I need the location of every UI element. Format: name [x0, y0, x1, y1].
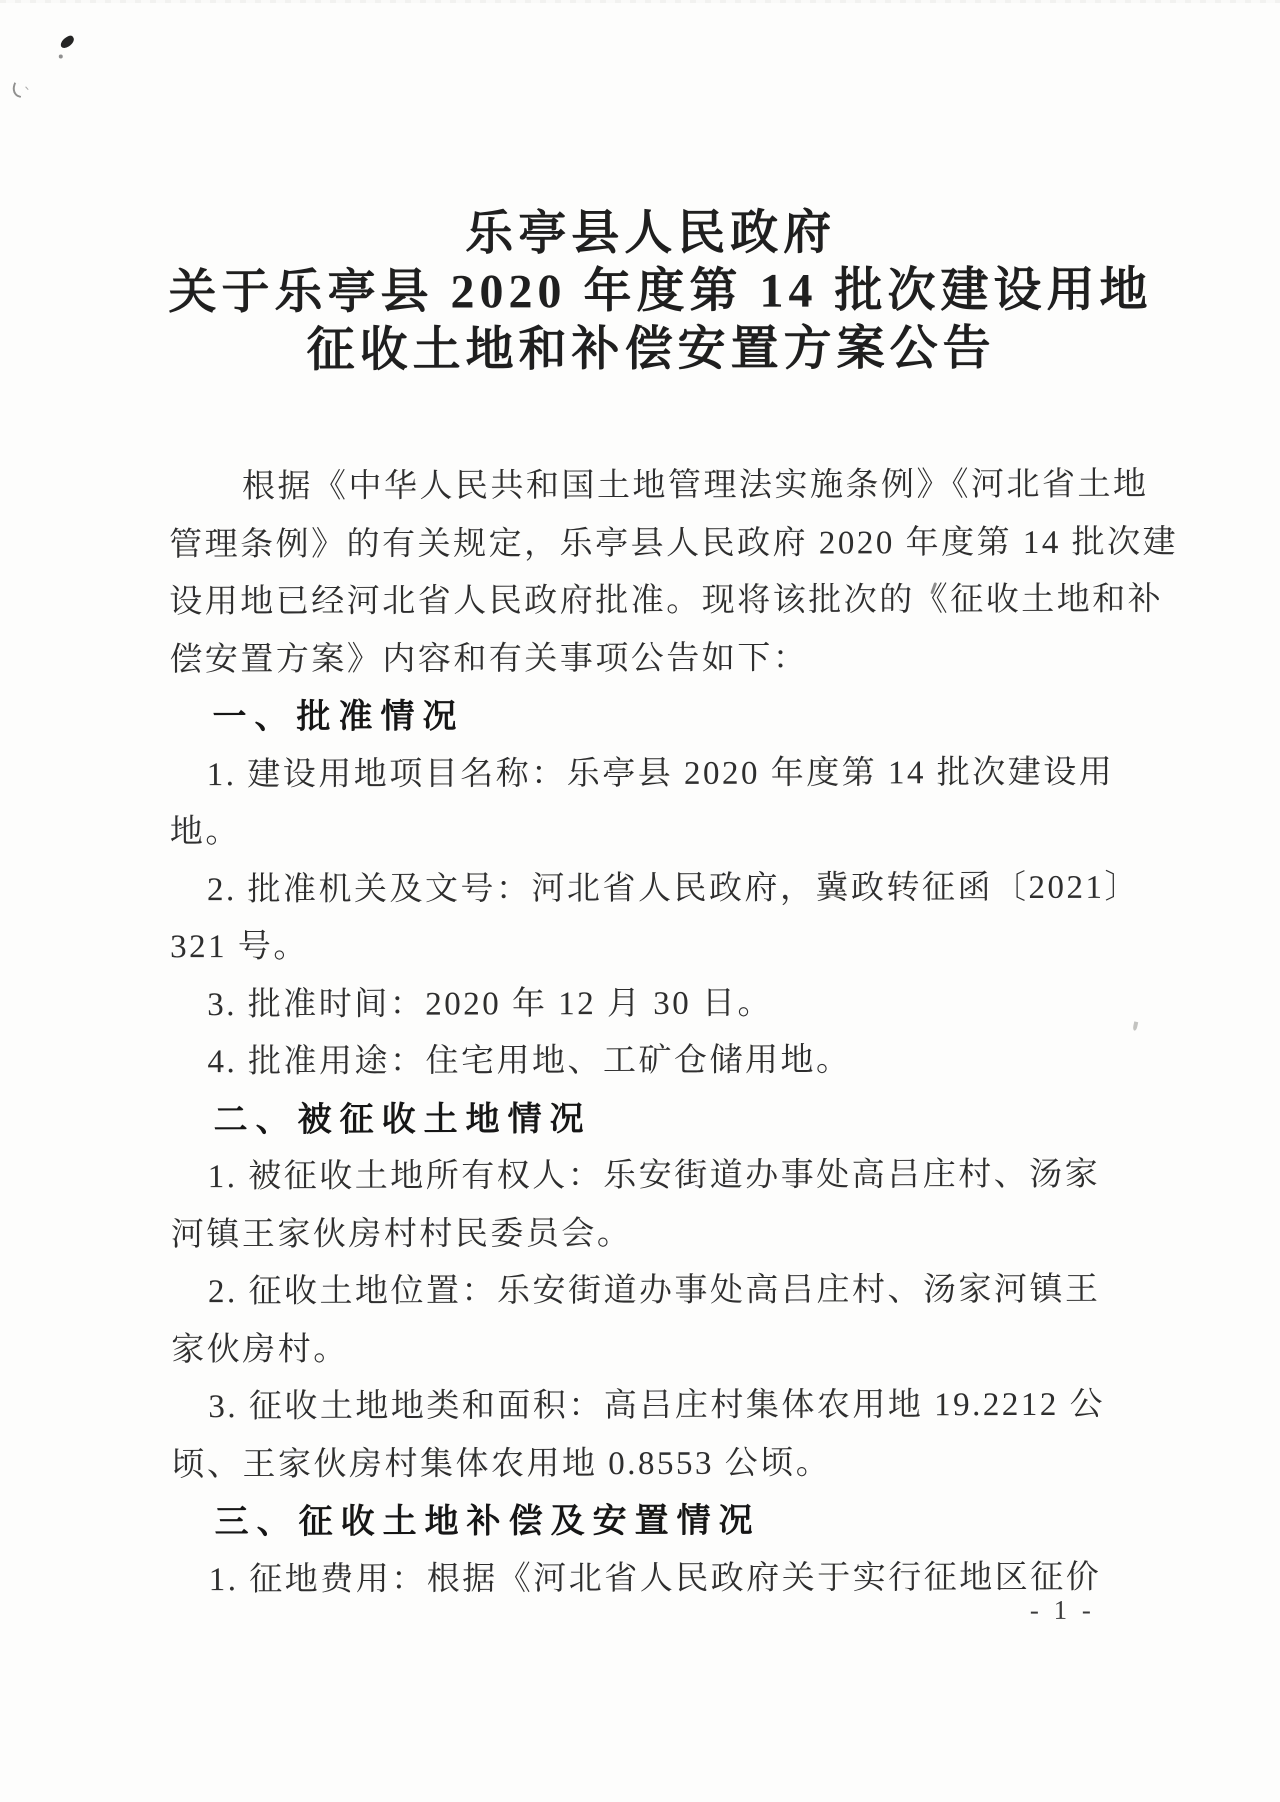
text-line: 偿安置方案》内容和有关事项公告如下：	[169, 629, 1149, 689]
section-heading-line: 一、批准情况	[169, 687, 1149, 747]
text-line: 地。	[170, 802, 1150, 862]
text-line: 321 号。	[170, 917, 1150, 977]
text-line: 根据《中华人民共和国土地管理法实施条例》《河北省土地	[169, 457, 1149, 517]
document-title: 乐亭县人民政府 关于乐亭县 2020 年度第 14 批次建设用地 征收土地和补偿…	[168, 204, 1133, 381]
section-heading-line: 二、被征收土地情况	[170, 1089, 1150, 1149]
page-number: - 1 -	[1030, 1595, 1095, 1626]
text-line: 河镇王家伙房村村民委员会。	[171, 1204, 1151, 1264]
text-line: 设用地已经河北省人民政府批准。现将该批次的《征收土地和补	[169, 572, 1149, 632]
text-line: 管理条例》的有关规定，乐亭县人民政府 2020 年度第 14 批次建	[169, 514, 1149, 574]
title-line-3: 征收土地和补偿安置方案公告	[168, 320, 1133, 381]
page-content: 乐亭县人民政府 关于乐亭县 2020 年度第 14 批次建设用地 征收土地和补偿…	[0, 0, 1280, 1802]
title-line-2: 关于乐亭县 2020 年度第 14 批次建设用地	[168, 262, 1133, 323]
text-line: 家伙房村。	[171, 1319, 1151, 1379]
text-line: 3. 批准时间：2020 年 12 月 30 日。	[170, 974, 1150, 1034]
text-line: 1. 建设用地项目名称：乐亭县 2020 年度第 14 批次建设用	[170, 744, 1150, 804]
document-body: 根据《中华人民共和国土地管理法实施条例》《河北省土地管理条例》的有关规定，乐亭县…	[169, 457, 1152, 1610]
title-line-1: 乐亭县人民政府	[168, 204, 1133, 265]
section-heading-line: 三、征收土地补偿及安置情况	[172, 1492, 1152, 1552]
scanned-document-page: 乐亭县人民政府 关于乐亭县 2020 年度第 14 批次建设用地 征收土地和补偿…	[0, 0, 1280, 1802]
text-line: 4. 批准用途：住宅用地、工矿仓储用地。	[170, 1032, 1150, 1092]
text-line: 2. 批准机关及文号：河北省人民政府，冀政转征函〔2021〕	[170, 859, 1150, 919]
text-line: 2. 征收土地位置：乐安街道办事处高吕庄村、汤家河镇王	[171, 1262, 1151, 1322]
text-line: 3. 征收土地地类和面积：高吕庄村集体农用地 19.2212 公	[171, 1377, 1151, 1437]
scan-speck	[59, 55, 63, 59]
scan-speck	[10, 82, 24, 98]
text-line: 顷、王家伙房村集体农用地 0.8553 公顷。	[171, 1434, 1151, 1494]
scan-speck	[59, 34, 76, 50]
text-line: 1. 被征收土地所有权人：乐安街道办事处高吕庄村、汤家	[171, 1147, 1151, 1207]
text-line: 1. 征地费用：根据《河北省人民政府关于实行征地区征价	[172, 1549, 1152, 1609]
